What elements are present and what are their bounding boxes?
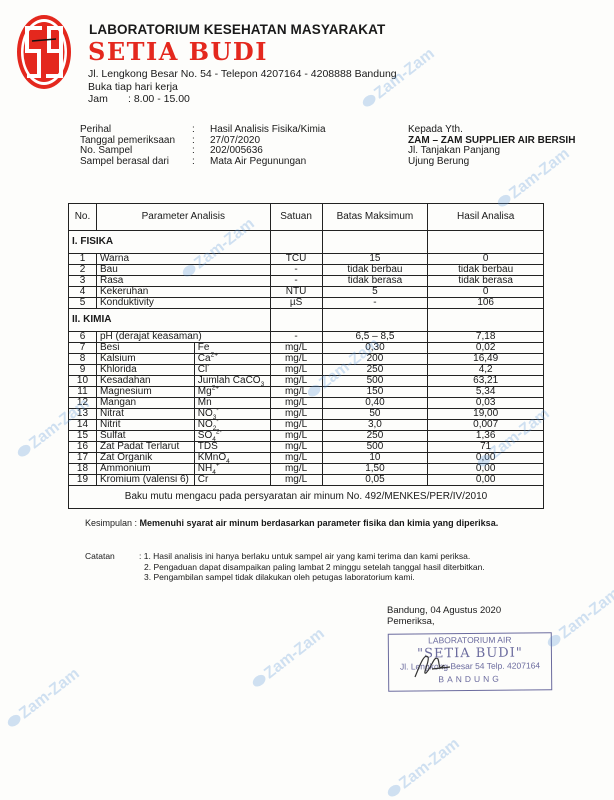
note-item: : 1. Hasil analisis ini hanya berlaku un… <box>139 551 485 562</box>
section-kimia: II. KIMIA <box>69 309 544 332</box>
table-row: 16Zat Padat TerlarutTDSmg/L50071 <box>69 442 544 453</box>
col-result: Hasil Analisa <box>428 204 544 231</box>
col-max: Batas Maksimum <box>322 204 428 231</box>
conclusion-text: Memenuhi syarat air minum berdasarkan pa… <box>140 518 499 528</box>
conclusion-label: Kesimpulan : <box>85 518 137 528</box>
table-row: 19Kromium (valensi 6)Crmg/L0,050,00 <box>69 475 544 486</box>
org-address-block: Jl. Lengkong Besar No. 54 - Telepon 4207… <box>88 68 397 106</box>
signature-icon <box>410 645 460 685</box>
watermark-icon: Zam-Zam <box>4 665 84 733</box>
table-row: 15SulfatSO42-mg/L2501,36 <box>69 431 544 442</box>
notes: Catatan : 1. Hasil analisis ini hanya be… <box>85 551 485 583</box>
opening-days: Buka tiap hari kerja <box>88 81 397 94</box>
org-address: Jl. Lengkong Besar No. 54 - Telepon 4207… <box>88 68 397 81</box>
notes-label: Catatan <box>85 551 139 583</box>
table-row: 4KekeruhanNTU50 <box>69 287 544 298</box>
sample-meta: Perihal:Hasil Analisis Fisika/Kimia Tang… <box>80 125 326 167</box>
table-row: 17Zat OrganikKMnO4mg/L100,00 <box>69 453 544 464</box>
lab-logo-icon <box>16 14 72 90</box>
standard-reference: Baku mutu mengacu pada persyaratan air m… <box>69 486 544 509</box>
col-no: No. <box>69 204 97 231</box>
table-row: 6pH (derajat keasaman)-6,5 – 8,57,18 <box>69 332 544 343</box>
meta-row: Perihal:Hasil Analisis Fisika/Kimia <box>80 125 326 136</box>
recipient-greeting: Kepada Yth. <box>408 125 575 136</box>
watermark-icon: Zam-Zam <box>384 735 464 800</box>
results-table: No. Parameter Analisis Satuan Batas Maks… <box>68 203 544 509</box>
table-row: 1WarnaTCU150 <box>69 254 544 265</box>
watermark-icon: Zam-Zam <box>249 625 329 693</box>
table-row: 5KonduktivityµS-106 <box>69 298 544 309</box>
table-row: 9KhloridaCl-mg/L2504,2 <box>69 365 544 376</box>
table-row: 11MagnesiumMg2+mg/L1505,34 <box>69 387 544 398</box>
col-unit: Satuan <box>270 204 322 231</box>
table-row: 13NitratNO3-mg/L5019,00 <box>69 409 544 420</box>
table-header-row: No. Parameter Analisis Satuan Batas Maks… <box>69 204 544 231</box>
org-type: LABORATORIUM KESEHATAN MASYARAKAT <box>89 22 385 37</box>
org-name: SETIA BUDI <box>88 37 268 66</box>
table-row: 8KalsiumCa2+mg/L20016,49 <box>69 354 544 365</box>
conclusion: Kesimpulan : Memenuhi syarat air minum b… <box>85 518 498 528</box>
section-fisika: I. FISIKA <box>69 231 544 254</box>
table-row: 3Rasa-tidak berasatidak berasa <box>69 276 544 287</box>
watermark-icon: Zam-Zam <box>544 585 614 653</box>
table-row: 2Bau-tidak berbautidak berbau <box>69 265 544 276</box>
table-row: 18AmmoniumNH4+mg/L1,500,00 <box>69 464 544 475</box>
recipient-block: Kepada Yth. ZAM – ZAM SUPPLIER AIR BERSI… <box>408 125 575 167</box>
table-row: 14NitritNO2-mg/L3,00,007 <box>69 420 544 431</box>
table-row: 10KesadahanJumlah CaCO3mg/L50063,21 <box>69 376 544 387</box>
opening-hours: Jam: 8.00 - 15.00 <box>88 93 397 106</box>
col-parameter: Parameter Analisis <box>96 204 270 231</box>
sign-role: Pemeriksa, <box>387 616 501 627</box>
note-item: 3. Pengambilan sampel tidak dilakukan ol… <box>139 572 485 583</box>
table-row: 12ManganMnmg/L0,400,03 <box>69 398 544 409</box>
recipient-address-2: Ujung Berung <box>408 157 575 168</box>
meta-row: No. Sampel:202/005636 <box>80 146 326 157</box>
sign-place-date: Bandung, 04 Agustus 2020 <box>387 605 501 616</box>
note-item: 2. Pengaduan dapat disampaikan paling la… <box>139 562 485 573</box>
recipient-address-1: Jl. Tanjakan Panjang <box>408 146 575 157</box>
signature-block: Bandung, 04 Agustus 2020 Pemeriksa, <box>387 605 501 627</box>
meta-row: Sampel berasal dari:Mata Air Pegunungan <box>80 157 326 168</box>
table-row: 7BesiFemg/L0,300,02 <box>69 343 544 354</box>
